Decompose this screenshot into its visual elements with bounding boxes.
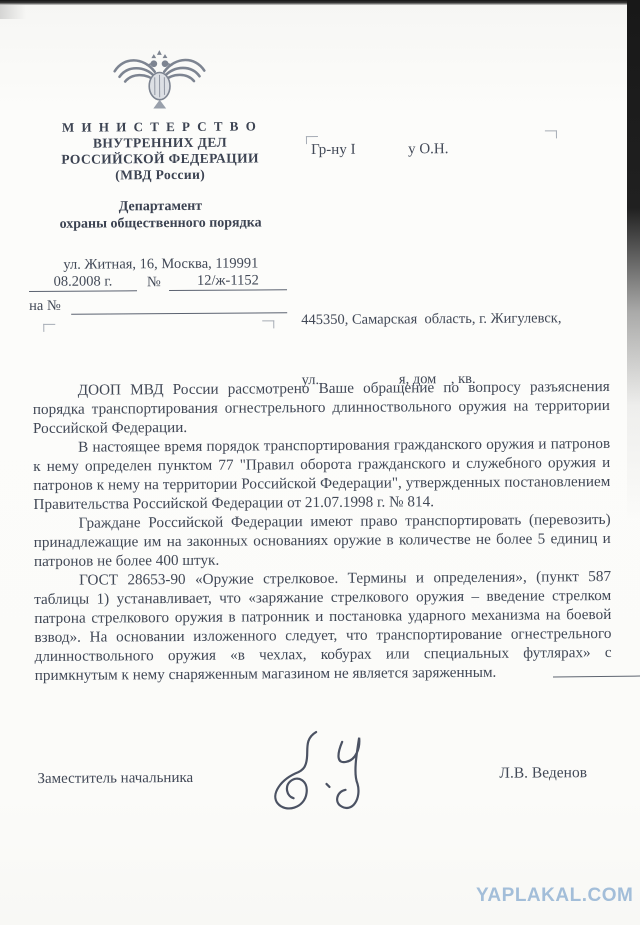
outgoing-number-row: 08.2008 г. № 12/ж-1152 xyxy=(29,272,287,292)
stamp-area-corner-mark-left xyxy=(43,324,55,332)
department-line2: охраны общественного порядка xyxy=(20,214,300,233)
recipient-name: Гр-ну I у О.Н. xyxy=(311,141,449,159)
recipient-address-line1: 445350, Самарская область, г. Жигулевск, xyxy=(301,308,561,330)
recipient-corner-mark-top-right xyxy=(545,130,557,138)
ministry-name-line1: М И Н И С Т Е Р С Т В О xyxy=(20,118,300,136)
letter-body: ДООП МВД России рассмотрено Ваше обращен… xyxy=(33,377,612,685)
incoming-ref-label: на № xyxy=(29,298,71,315)
incoming-ref-blank-underline xyxy=(71,294,287,315)
scanned-letter-page: М И Н И С Т Е Р С Т В О ВНУТРЕННИХ ДЕЛ Р… xyxy=(0,0,640,925)
number-sign: № xyxy=(137,274,169,291)
outgoing-date: 08.2008 г. xyxy=(54,273,113,289)
signer-name: Л.В. Веденов xyxy=(499,764,587,783)
paragraph-intro: ДООП МВД России рассмотрено Ваше обращен… xyxy=(33,377,610,438)
ministry-short-name: (МВД России) xyxy=(20,166,300,184)
yaplakal-watermark: YAPLAKAL.COM xyxy=(476,885,633,907)
stamp-area-corner-mark-right xyxy=(262,320,274,328)
handwritten-signature-icon xyxy=(260,725,411,821)
scan-edge-right xyxy=(627,0,640,520)
paragraph-gost: ГОСТ 28653-90 «Оружие стрелковое. Термин… xyxy=(34,567,612,685)
sender-street-address: ул. Житная, 16, Москва, 119991 xyxy=(21,255,301,274)
outgoing-date-underline: 08.2008 г. xyxy=(29,273,137,292)
incoming-ref-row: на № xyxy=(29,294,287,315)
ministry-name-line3: РОССИЙСКОЙ ФЕДЕРАЦИИ xyxy=(20,150,300,168)
scan-corner-smudge xyxy=(0,5,26,19)
mvd-eagle-emblem-icon xyxy=(111,41,208,116)
signer-title: Заместитель начальника xyxy=(37,770,193,788)
ministry-name-line2: ВНУТРЕННИХ ДЕЛ xyxy=(20,134,300,152)
scan-tilt-wrapper: М И Н И С Т Е Р С Т В О ВНУТРЕННИХ ДЕЛ Р… xyxy=(0,0,640,925)
paragraph-rules-814: В настоящее время порядок транспортирова… xyxy=(33,434,611,514)
scan-edge-top xyxy=(0,0,640,5)
outgoing-number-underline: 12/ж-1152 xyxy=(169,272,287,291)
paragraph-limits: Граждане Российской Федерации имеют прав… xyxy=(34,510,611,571)
letterhead: М И Н И С Т Е Р С Т В О ВНУТРЕННИХ ДЕЛ Р… xyxy=(19,40,300,233)
department-line1: Департамент xyxy=(20,197,300,216)
outgoing-number: 12/ж-1152 xyxy=(197,272,259,288)
